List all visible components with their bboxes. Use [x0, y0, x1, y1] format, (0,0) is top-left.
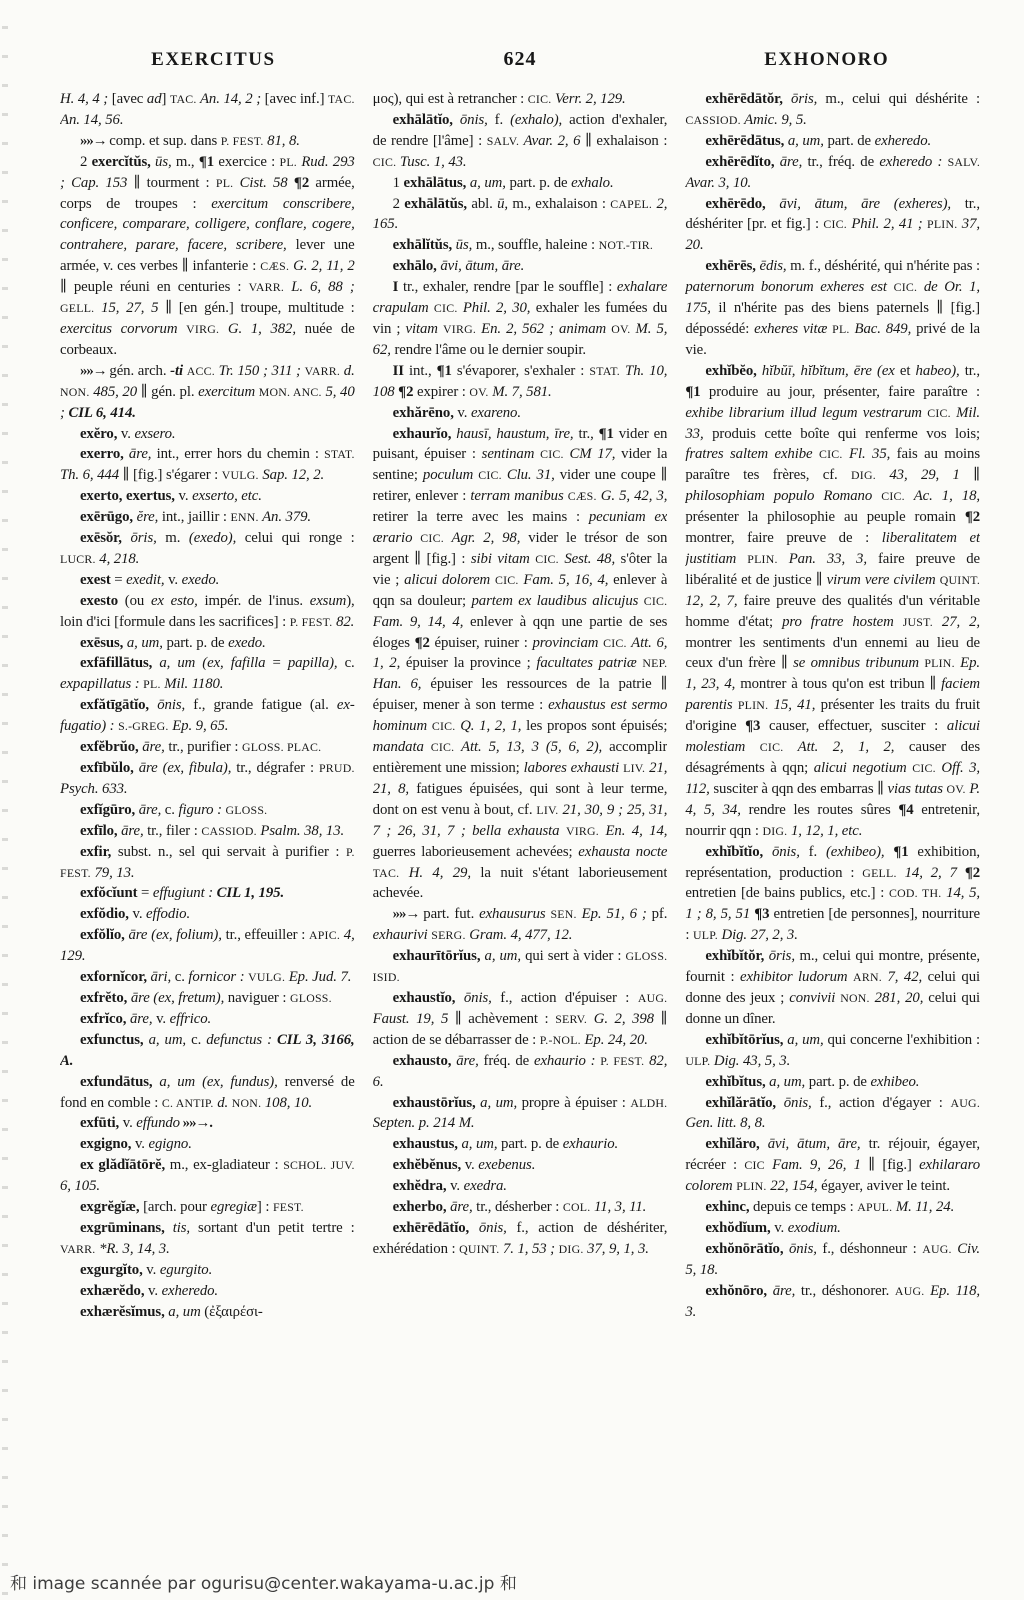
latin-or-ref: labores exhausti	[524, 760, 620, 776]
column-3: exhērēdātŏr, ōris, m., celui qui déshéri…	[685, 89, 980, 1541]
latin-or-ref: 27, 2,	[933, 614, 980, 630]
latin-or-ref: habeo),	[916, 363, 960, 379]
headword: exhērēdātŏr,	[705, 91, 783, 107]
latin-or-ref: 7, 42,	[882, 969, 922, 985]
text-run: v.	[129, 906, 146, 922]
headword: exēsŏr,	[80, 530, 122, 546]
latin-or-ref: Fam. 9, 14, 4,	[373, 614, 464, 630]
scan-edge-artifacts	[2, 0, 8, 1600]
entry-paragraph: exhŏnōrātĭo, ōnis, f., déshonneur : AUG.…	[685, 1239, 980, 1281]
latin-or-ref: exheredo.	[875, 133, 931, 149]
text-run: v.	[143, 1262, 160, 1278]
text-run: f., grande fatigue (al.	[185, 697, 337, 713]
entry-paragraph: exhērēdātŏr, ōris, m., celui qui déshéri…	[685, 89, 980, 131]
text-run: qui concerne l'exhibition :	[824, 1032, 980, 1048]
latin-or-ref: Ep. 9, 65.	[169, 718, 229, 734]
author-ref: CIC.	[540, 447, 564, 461]
entry-paragraph: exfundātus, a, um (ex, fundus), renversé…	[60, 1072, 355, 1114]
latin-or-ref: convivii	[789, 990, 835, 1006]
latin-or-ref: Han. 6,	[373, 676, 422, 692]
headword: exhinc,	[705, 1199, 749, 1215]
text-run: ∥ achèvement :	[448, 1011, 555, 1027]
entry-paragraph: exhaurītōrĭus, a, um, qui sert à vider :…	[373, 946, 668, 988]
entry-paragraph: exēsus, a, um, part. p. de exedo.	[60, 633, 355, 654]
author-ref: NEP.	[642, 656, 667, 670]
text-run: qui sert à vider :	[521, 948, 625, 964]
latin-or-ref: Amic. 9, 5.	[741, 112, 807, 128]
text-run	[872, 488, 881, 504]
latin-or-ref: figuro :	[178, 802, 221, 818]
latin-or-ref: exedit,	[126, 572, 164, 588]
entry-paragraph: exherbo, āre, tr., désherber : COL. 11, …	[373, 1197, 668, 1218]
latin-or-ref: a, um,	[458, 1136, 498, 1152]
text-run	[177, 321, 186, 337]
latin-or-ref: exodium.	[788, 1220, 841, 1236]
latin-or-ref: ūs,	[151, 154, 172, 170]
latin-or-ref: āre,	[451, 1053, 478, 1069]
author-ref: PL.	[216, 176, 233, 190]
headword: ¶3	[754, 906, 769, 922]
latin-or-ref: provinciam	[532, 635, 598, 651]
text-run: μος), qui est à retrancher :	[373, 91, 528, 107]
latin-or-ref: ōris,	[764, 948, 795, 964]
text-run: int.,	[404, 363, 437, 379]
text-run: et	[895, 363, 916, 379]
text-run: causer, effectuer, susciter :	[760, 718, 947, 734]
author-ref: GELL.	[60, 301, 94, 315]
latin-or-ref: Q. 1, 2, 1,	[455, 718, 521, 734]
latin-or-ref: alicui negotium	[814, 760, 907, 776]
entry-paragraph: exhĭlărātĭo, ōnis, f., action d'égayer :…	[685, 1093, 980, 1135]
entry-paragraph: exhærĕdo, v. exheredo.	[60, 1281, 355, 1302]
latin-or-ref: 108, 10.	[261, 1095, 312, 1111]
author-ref: TAC.	[373, 866, 400, 880]
entry-paragraph: exhĭlăro, āvi, ātum, āre, tr. réjouir, é…	[685, 1134, 980, 1197]
headword: exfĭgūro,	[80, 802, 135, 818]
latin-or-ref: āre,	[117, 823, 143, 839]
headword: exhŏnōro,	[705, 1283, 767, 1299]
text-run: part. p. de	[163, 635, 228, 651]
headword: exhaustōrĭus,	[393, 1095, 476, 1111]
latin-or-ref: Att. 5, 13, 3 (5, 6, 2),	[454, 739, 602, 755]
latin-or-ref: exheres vitæ	[754, 321, 827, 337]
entry-paragraph: exhinc, depuis ce temps : APUL. M. 11, 2…	[685, 1197, 980, 1218]
author-ref: ARN.	[853, 970, 882, 984]
text-run: tr., fréq. de	[802, 154, 879, 170]
headword: exhĭbĭtōrĭus,	[705, 1032, 783, 1048]
text-run: v.	[461, 1157, 478, 1173]
text-run: ∥ exhalaison :	[580, 133, 667, 149]
latin-or-ref: exheredo.	[162, 1283, 218, 1299]
text-run: sortant d'un petit tertre :	[190, 1220, 355, 1236]
headword: exhērēdātĭo,	[393, 1220, 469, 1236]
text-run: v.	[771, 1220, 788, 1236]
text-run: v.	[144, 1283, 161, 1299]
text-run: rendre l'âme ou le dernier soupir.	[391, 342, 586, 358]
headword: exhŏdĭum,	[705, 1220, 770, 1236]
latin-or-ref: H. 4, 4 ;	[60, 91, 108, 107]
headword: exerto, exertus,	[80, 488, 175, 504]
headword: exfir,	[80, 844, 111, 860]
latin-or-ref: Ep. 24, 20.	[581, 1032, 648, 1048]
text-run: ∥ tourment :	[127, 175, 216, 191]
text-run: m., ex-gladiateur :	[165, 1157, 283, 1173]
text-run: =	[265, 655, 287, 671]
latin-or-ref: exhaurio.	[563, 1136, 618, 1152]
entry-paragraph: exfrĭco, āre, v. effrico.	[60, 1009, 355, 1030]
author-ref: SCHOL. JUV.	[283, 1158, 354, 1172]
author-ref: VIRG.	[443, 322, 476, 336]
text-run: 2	[80, 154, 92, 170]
latin-or-ref: G. 2, 11, 2	[289, 258, 355, 274]
author-ref: VIRG.	[186, 322, 219, 336]
latin-or-ref: Sest. 48,	[559, 551, 615, 567]
entry-paragraph: exhaustōrĭus, a, um, propre à épuiser : …	[373, 1093, 668, 1135]
entry-paragraph: exhărēno, v. exareno.	[373, 403, 668, 424]
author-ref: CIC.	[881, 489, 905, 503]
author-ref: DIG.	[851, 468, 876, 482]
latin-or-ref: Bac. 849,	[850, 321, 912, 337]
author-ref: LIV.	[536, 803, 558, 817]
entry-paragraph: 2 exercĭtŭs, ūs, m., ¶1 exercice : PL. R…	[60, 152, 355, 361]
text-run: ∥ gén. pl.	[137, 384, 198, 400]
latin-or-ref: 7. 1, 53 ;	[499, 1241, 555, 1257]
latin-or-ref: 81, 8.	[264, 133, 300, 149]
text-run	[887, 279, 894, 295]
headword: exhærĕsĭmus,	[80, 1304, 165, 1320]
entry-paragraph: exhĭbĭtŏr, ōris, m., celui qui montre, p…	[685, 946, 980, 1030]
author-ref: AUG.	[951, 1096, 981, 1110]
page-header: EXERCITUS 624 EXHONORO	[60, 48, 980, 71]
latin-or-ref: egregiæ	[210, 1199, 256, 1215]
latin-or-ref: exhibitor ludorum	[740, 969, 848, 985]
latin-or-ref: ōnis,	[763, 844, 800, 860]
author-ref: CIC.	[819, 447, 843, 461]
headword: exfunctus,	[80, 1032, 144, 1048]
text-run: tr., filer :	[144, 823, 202, 839]
scan-credit: 和 image scannée par ogurisu@center.wakay…	[10, 1569, 517, 1594]
headword: exhĭbĭtĭo,	[705, 844, 763, 860]
author-ref: P.-NOL.	[540, 1033, 581, 1047]
headword: exhărēno,	[393, 405, 454, 421]
latin-or-ref: sibi vitam	[471, 551, 530, 567]
text-run	[424, 739, 431, 755]
latin-or-ref: fratres saltem exhibe	[685, 446, 812, 462]
latin-or-ref: facultates patriæ	[536, 655, 636, 671]
author-ref: VULG.	[248, 970, 285, 984]
entry-paragraph: exfībŭlo, āre (ex, fibula), tr., dégrafe…	[60, 758, 355, 800]
latin-or-ref: exebenus.	[478, 1157, 535, 1173]
latin-or-ref: tis,	[165, 1220, 190, 1236]
author-ref: APIC.	[309, 928, 340, 942]
text-run: tr., déshonorer.	[795, 1283, 895, 1299]
text-run: v.	[152, 1011, 169, 1027]
text-run	[736, 551, 747, 567]
headword: ¶2	[294, 175, 309, 191]
text-run: (ou	[118, 593, 151, 609]
author-ref: SERG.	[431, 928, 465, 942]
latin-or-ref: ex esto,	[151, 593, 198, 609]
headword: exhĭbĭtŏr,	[705, 948, 764, 964]
headword: exhærĕdo,	[80, 1283, 144, 1299]
author-ref: SERV.	[555, 1012, 587, 1026]
entry-paragraph: exerro, āre, int., errer hors du chemin …	[60, 444, 355, 486]
latin-or-ref: 281, 20,	[870, 990, 924, 1006]
dictionary-page: EXERCITUS 624 EXHONORO H. 4, 4 ; [avec a…	[0, 0, 1024, 1600]
author-ref: CIC.	[420, 531, 444, 545]
author-ref: ULP.	[685, 1054, 710, 1068]
entry-paragraph: exhĭbĕo, hĭbŭī, hĭbĭtum, ēre (ex et habe…	[685, 361, 980, 842]
latin-or-ref: effrico.	[170, 1011, 212, 1027]
author-ref: PLIN.	[924, 656, 954, 670]
headword: exesto	[80, 593, 118, 609]
entry-paragraph: »»→ comp. et sup. dans P. FEST. 81, 8.	[60, 131, 355, 152]
headword: exfrĕto,	[80, 990, 127, 1006]
text-run: celui qui ronge :	[236, 530, 354, 546]
headword: exhausto,	[393, 1053, 452, 1069]
latin-or-ref: 1, 12, 1, etc.	[787, 823, 862, 839]
author-ref: ULP.	[693, 928, 718, 942]
headword: exherbo,	[393, 1199, 447, 1215]
text-run: produire au jour, présenter, faire paraî…	[701, 384, 980, 400]
author-ref: CIC.	[431, 740, 455, 754]
latin-or-ref: āre,	[767, 1283, 795, 1299]
latin-or-ref: āre,	[447, 1199, 473, 1215]
author-ref: CIC.	[927, 406, 951, 420]
author-ref: CIC.	[823, 217, 847, 231]
headword: exhālātus,	[404, 175, 467, 191]
author-ref: GLOSS. PLAC.	[242, 740, 321, 754]
text-run: ∥ [fig.] s'égarer :	[119, 467, 222, 483]
entry-paragraph: exhĭbĭtōrĭus, a, um, qui concerne l'exhi…	[685, 1030, 980, 1072]
latin-or-ref: āre (ex, fretum),	[127, 990, 224, 1006]
latin-or-ref: āre,	[135, 802, 161, 818]
entry-paragraph: exhērēs, ēdis, m. f., déshérité, qui n'h…	[685, 256, 980, 361]
latin-or-ref: Dig. 27, 2, 3.	[718, 927, 798, 943]
latin-or-ref: exserto, etc.	[192, 488, 262, 504]
text-run: part. p. de	[506, 175, 571, 191]
text-run: tr., purifier :	[165, 739, 242, 755]
column-1: H. 4, 4 ; [avec ad] TAC. An. 14, 2 ; [av…	[60, 89, 355, 1541]
latin-or-ref: alicui dolorem	[404, 572, 490, 588]
author-ref: PL.	[832, 322, 849, 336]
arrow-glyph: »»→.	[180, 1115, 212, 1131]
text-run: comp. et sup. dans	[109, 133, 221, 149]
latin-or-ref: āre,	[124, 446, 152, 462]
author-ref: VARR.	[305, 364, 340, 378]
text-run: entretien [de bains publics, etc.] :	[685, 885, 889, 901]
latin-or-ref: Mil. 1180.	[161, 676, 224, 692]
entry-paragraph: exest = exedit, v. exedo.	[60, 570, 355, 591]
text-run: présenter la philosophie au peuple romai…	[685, 509, 964, 525]
latin-or-ref: a, um (ex, fafilla	[152, 655, 265, 671]
author-ref: CASSIOD.	[201, 824, 256, 838]
text-run: fréq. de	[479, 1053, 534, 1069]
author-ref: CIC.	[760, 740, 784, 754]
text-run: m.,	[172, 154, 199, 170]
entry-paragraph: »»→ gén. arch. -ti ACC. Tr. 150 ; 311 ; …	[60, 361, 355, 424]
latin-or-ref: ōnis,	[453, 112, 488, 128]
text-run: susciter à qqn des embarras ∥	[710, 781, 888, 797]
author-ref: CIC.	[912, 761, 936, 775]
author-ref: VULG.	[222, 468, 259, 482]
text-run: int., errer hors du chemin :	[151, 446, 324, 462]
text-run: m., souffle, haleine :	[472, 237, 598, 253]
latin-or-ref: āvi, ātum, āre,	[760, 1136, 861, 1152]
author-ref: FEST.	[273, 1200, 304, 1214]
text-run: part. p. de	[497, 1136, 562, 1152]
headword: exfătīgātĭo,	[80, 697, 149, 713]
headword: exhālātĭo,	[393, 112, 453, 128]
column-2: μος), qui est à retrancher : CIC. Verr. …	[373, 89, 668, 1541]
author-ref: AUG.	[638, 991, 668, 1005]
latin-or-ref: effugiunt :	[153, 885, 213, 901]
headword: ¶2	[415, 635, 430, 651]
entry-paragraph: exhŏdĭum, v. exodium.	[685, 1218, 980, 1239]
author-ref: P. FEST.	[290, 615, 333, 629]
entry-paragraph: exfornĭcor, āri, c. fornicor : VULG. Ep.…	[60, 967, 355, 988]
text-run: v.	[117, 426, 134, 442]
latin-or-ref: Pan. 33, 3,	[778, 551, 867, 567]
headword: exfŏdio,	[80, 906, 129, 922]
latin-or-ref: bella exhausta	[472, 823, 559, 839]
author-ref: VARR.	[60, 1242, 95, 1256]
text-run: tr., dégrafer :	[231, 760, 319, 776]
latin-or-ref: (exhalo),	[510, 112, 562, 128]
text-run: part. fut.	[423, 906, 479, 922]
author-ref: VIRG.	[566, 824, 599, 838]
author-ref: S.-GREG.	[118, 719, 169, 733]
author-ref: CIC.	[603, 636, 627, 650]
latin-or-ref: 6, 105.	[60, 1178, 100, 1194]
latin-or-ref: 11, 3, 11.	[590, 1199, 646, 1215]
entry-paragraph: exfŏdio, v. effodio.	[60, 904, 355, 925]
text-run: m. f., déshérité, qui n'hérite pas :	[787, 258, 980, 274]
author-ref: C. ANTIP.	[162, 1096, 214, 1110]
latin-or-ref: partem ex laudibus alicujus	[472, 593, 639, 609]
latin-or-ref: 14, 2, 7	[897, 865, 965, 881]
headword: exhērēdĭto,	[705, 154, 774, 170]
headword: II	[393, 363, 404, 379]
author-ref: QUINT.	[459, 1242, 499, 1256]
headword: exercĭtŭs,	[92, 154, 151, 170]
author-ref: CÆS.	[260, 259, 289, 273]
author-ref: NON.	[232, 1096, 262, 1110]
entry-paragraph: 2 exhālātŭs, abl. ū, m., exhalaison : CA…	[373, 194, 668, 236]
text-run: [arch. pour	[139, 1199, 210, 1215]
author-ref: CAPEL.	[610, 197, 652, 211]
author-ref: CIC.	[495, 573, 519, 587]
latin-or-ref: d.	[340, 363, 355, 379]
text-run: [avec	[108, 91, 147, 107]
entry-paragraph: exhērēdātus, a, um, part. de exheredo.	[685, 131, 980, 152]
entry-paragraph: exgrūminans, tis, sortant d'un petit ter…	[60, 1218, 355, 1260]
latin-or-ref: 485, 20	[90, 384, 138, 400]
latin-or-ref: Faust. 19, 5	[373, 1011, 449, 1027]
latin-or-ref: sentinam	[482, 446, 535, 462]
headword: ¶1	[685, 384, 700, 400]
entry-paragraph: exgurgĭto, v. egurgito.	[60, 1260, 355, 1281]
text-run: int., jaillir :	[158, 509, 230, 525]
headword: ¶3	[745, 718, 760, 734]
headword: exhĕbĕnus,	[393, 1157, 461, 1173]
latin-or-ref: ū,	[497, 196, 508, 212]
latin-or-ref: 82.	[332, 614, 354, 630]
entry-paragraph: exhālo, āvi, ātum, āre.	[373, 256, 668, 277]
latin-or-ref: An. 379.	[259, 509, 311, 525]
running-head-right: EXHONORO	[673, 49, 980, 71]
entry-paragraph: exhaurĭo, hausī, haustum, īre, tr., ¶1 v…	[373, 424, 668, 905]
latin-or-ref: 15, 41,	[768, 697, 815, 713]
author-ref: LUCR.	[60, 552, 96, 566]
author-ref: NON.	[60, 385, 90, 399]
text-run: exercice :	[214, 154, 279, 170]
text-run: f.	[800, 844, 826, 860]
entry-paragraph: exhaustĭo, ōnis, f., action d'épuiser : …	[373, 988, 668, 1051]
latin-or-ref: a, um,	[784, 133, 824, 149]
latin-or-ref: G. 5, 42, 3,	[597, 488, 668, 504]
latin-or-ref: En. 2, 562 ;	[476, 321, 554, 337]
author-ref: GLOSS.	[290, 991, 332, 1005]
latin-or-ref: Fam. 9, 26, 1	[765, 1157, 861, 1173]
text-run	[745, 739, 760, 755]
text-run: produis cette boîte qui renferme vos loi…	[704, 426, 980, 442]
text-run: v.	[164, 572, 181, 588]
text-run: les propos sont épuisés;	[521, 718, 667, 734]
latin-or-ref: animam	[559, 321, 606, 337]
author-ref: COL.	[563, 1200, 591, 1214]
entry-paragraph: exfāfillātus, a, um (ex, fafilla = papil…	[60, 653, 355, 695]
headword: exerro,	[80, 446, 124, 462]
arrow-glyph: »»→	[393, 906, 424, 922]
latin-or-ref: An. 14, 56.	[60, 112, 123, 128]
text-run: s'évaporer, s'exhaler :	[452, 363, 590, 379]
latin-or-ref: Avar. 2, 6	[519, 133, 580, 149]
latin-or-ref: Gram. 4, 477, 12.	[466, 927, 573, 943]
page-number: 624	[367, 48, 674, 71]
author-ref: ALDH.	[630, 1096, 667, 1110]
latin-or-ref: a, um,	[480, 948, 521, 964]
latin-or-ref: pro fratre hostem	[782, 614, 894, 630]
headword: exgrūminans,	[80, 1220, 165, 1236]
latin-or-ref: exheredo :	[879, 154, 942, 170]
text-run: c.	[161, 802, 178, 818]
latin-or-ref: a, um,	[476, 1095, 517, 1111]
text-run: pf.	[647, 906, 668, 922]
entry-paragraph: exfŏcĭunt = effugiunt : CIL 1, 195.	[60, 883, 355, 904]
entry-paragraph: exhĭbĭtus, a, um, part. p. de exhibeo.	[685, 1072, 980, 1093]
author-ref: NOT.-TIR.	[599, 238, 653, 252]
author-ref: GELL.	[862, 866, 896, 880]
latin-or-ref: Att. 2, 1, 2,	[783, 739, 894, 755]
latin-or-ref: Sap. 12, 2.	[259, 467, 324, 483]
latin-or-ref: Fl. 35,	[843, 446, 891, 462]
latin-or-ref: exedo.	[228, 635, 266, 651]
author-ref: P. FEST.	[600, 1054, 644, 1068]
text-run: ∥	[960, 467, 980, 483]
author-ref: STAT.	[324, 447, 355, 461]
text-run: part. p. de	[805, 1074, 870, 1090]
text-run: rendre les routes sûres	[741, 802, 899, 818]
latin-or-ref: exedra.	[464, 1178, 507, 1194]
latin-or-ref: fornicor :	[188, 969, 244, 985]
text-run: épuiser, ruiner :	[430, 635, 533, 651]
text-run: ∥ [fig.]	[861, 1157, 919, 1173]
headword: exhērēs,	[705, 258, 756, 274]
latin-or-ref: paternorum bonorum exheres est	[685, 279, 887, 295]
text-run: retirer la terre avec les mains :	[373, 509, 589, 525]
latin-or-ref: a, um,	[123, 635, 163, 651]
